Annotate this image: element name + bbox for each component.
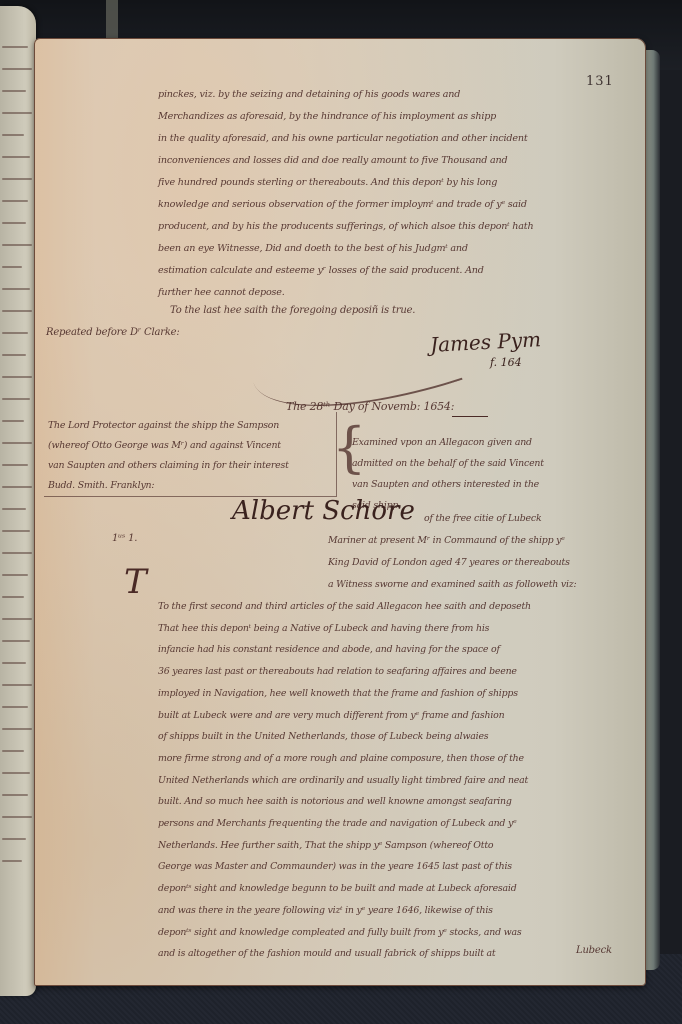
folio-number: 131 (586, 74, 614, 89)
text-line: That hee this deponᵗ being a Native of L… (158, 618, 531, 640)
continuation-paragraph: pinckes, viz. by the seizing and detaini… (158, 84, 533, 304)
text-line: infancie had his constant residence and … (158, 639, 531, 661)
sworn-note: Repeated before Dʳ Clarke: (46, 322, 180, 344)
note-line: admitted on the behalf of the said Vince… (352, 453, 544, 474)
description-line: Mariner at present Mʳ in Commaund of the… (328, 530, 576, 552)
text-line: built. And so much hee saith is notoriou… (158, 791, 531, 813)
decorated-initial: T (124, 562, 147, 602)
text-line: imployed in Navigation, hee well knoweth… (158, 683, 531, 705)
text-line: been an eye Witnesse, Did and doeth to t… (158, 238, 533, 260)
previous-page-edge (0, 6, 36, 996)
caption-line: van Saupten and others claiming in for t… (48, 456, 289, 476)
deposition-text: To the first second and third articles o… (158, 596, 531, 965)
text-line: deponᵗˢ sight and knowledge compleated a… (158, 922, 531, 944)
margin-mark: 1ᵘˢ 1. (112, 528, 137, 550)
text-line: producent, and by his the producents suf… (158, 216, 533, 238)
note-line: Examined vpon an Allegacon given and (352, 432, 544, 453)
text-line: inconveniences and losses did and doe re… (158, 150, 533, 172)
text-line: To the first second and third articles o… (158, 596, 531, 618)
binding-strap (106, 0, 118, 40)
text-line: George was Master and Commaunder) was in… (158, 856, 531, 878)
note-line: van Saupten and others interested in the (352, 474, 544, 495)
description-line: King David of London aged 47 yeares or t… (328, 552, 576, 574)
description-line: of the free citie of Lubeck (424, 508, 576, 530)
signature-subscript: f. 164 (490, 356, 522, 369)
text-line: in the quality aforesaid, and his owne p… (158, 128, 533, 150)
witness-description: of the free citie of Lubeck Mariner at p… (424, 508, 576, 596)
text-line: estimation calculate and esteeme yʳ loss… (158, 260, 533, 282)
text-line: and is altogether of the fashion mould a… (158, 943, 531, 965)
date-underline (452, 416, 488, 417)
text-line: and was there in the yeare following viz… (158, 900, 531, 922)
text-line: five hundred pounds sterling or thereabo… (158, 172, 533, 194)
text-line: of shipps built in the United Netherland… (158, 726, 531, 748)
caption-line: Budd. Smith. Franklyn: (48, 476, 289, 496)
caption-line: (whereof Otto George was Mʳ) and against… (48, 436, 289, 456)
witness-name: Albert Schore (232, 496, 415, 526)
text-line: persons and Merchants frequenting the tr… (158, 813, 531, 835)
text-line: built at Lubeck were and are very much d… (158, 705, 531, 727)
description-line: a Witness sworne and examined saith as f… (328, 574, 576, 596)
caption-line: The Lord Protector against the shipp the… (48, 416, 289, 436)
closing-statement: To the last hee saith the foregoing depo… (170, 300, 415, 322)
text-line: 36 yeares last past or thereabouts had r… (158, 661, 531, 683)
text-line: United Netherlands which are ordinarily … (158, 770, 531, 792)
case-caption: The Lord Protector against the shipp the… (48, 416, 289, 496)
catchword: Lubeck (576, 940, 612, 962)
text-line: more firme strong and of a more rough an… (158, 748, 531, 770)
text-line: pinckes, viz. by the seizing and detaini… (158, 84, 533, 106)
text-line: Netherlands. Hee further saith, That the… (158, 835, 531, 857)
text-line: knowledge and serious observation of the… (158, 194, 533, 216)
text-line: Merchandizes as aforesaid, by the hindra… (158, 106, 533, 128)
text-line: deponᵗˢ sight and knowledge begunn to be… (158, 878, 531, 900)
